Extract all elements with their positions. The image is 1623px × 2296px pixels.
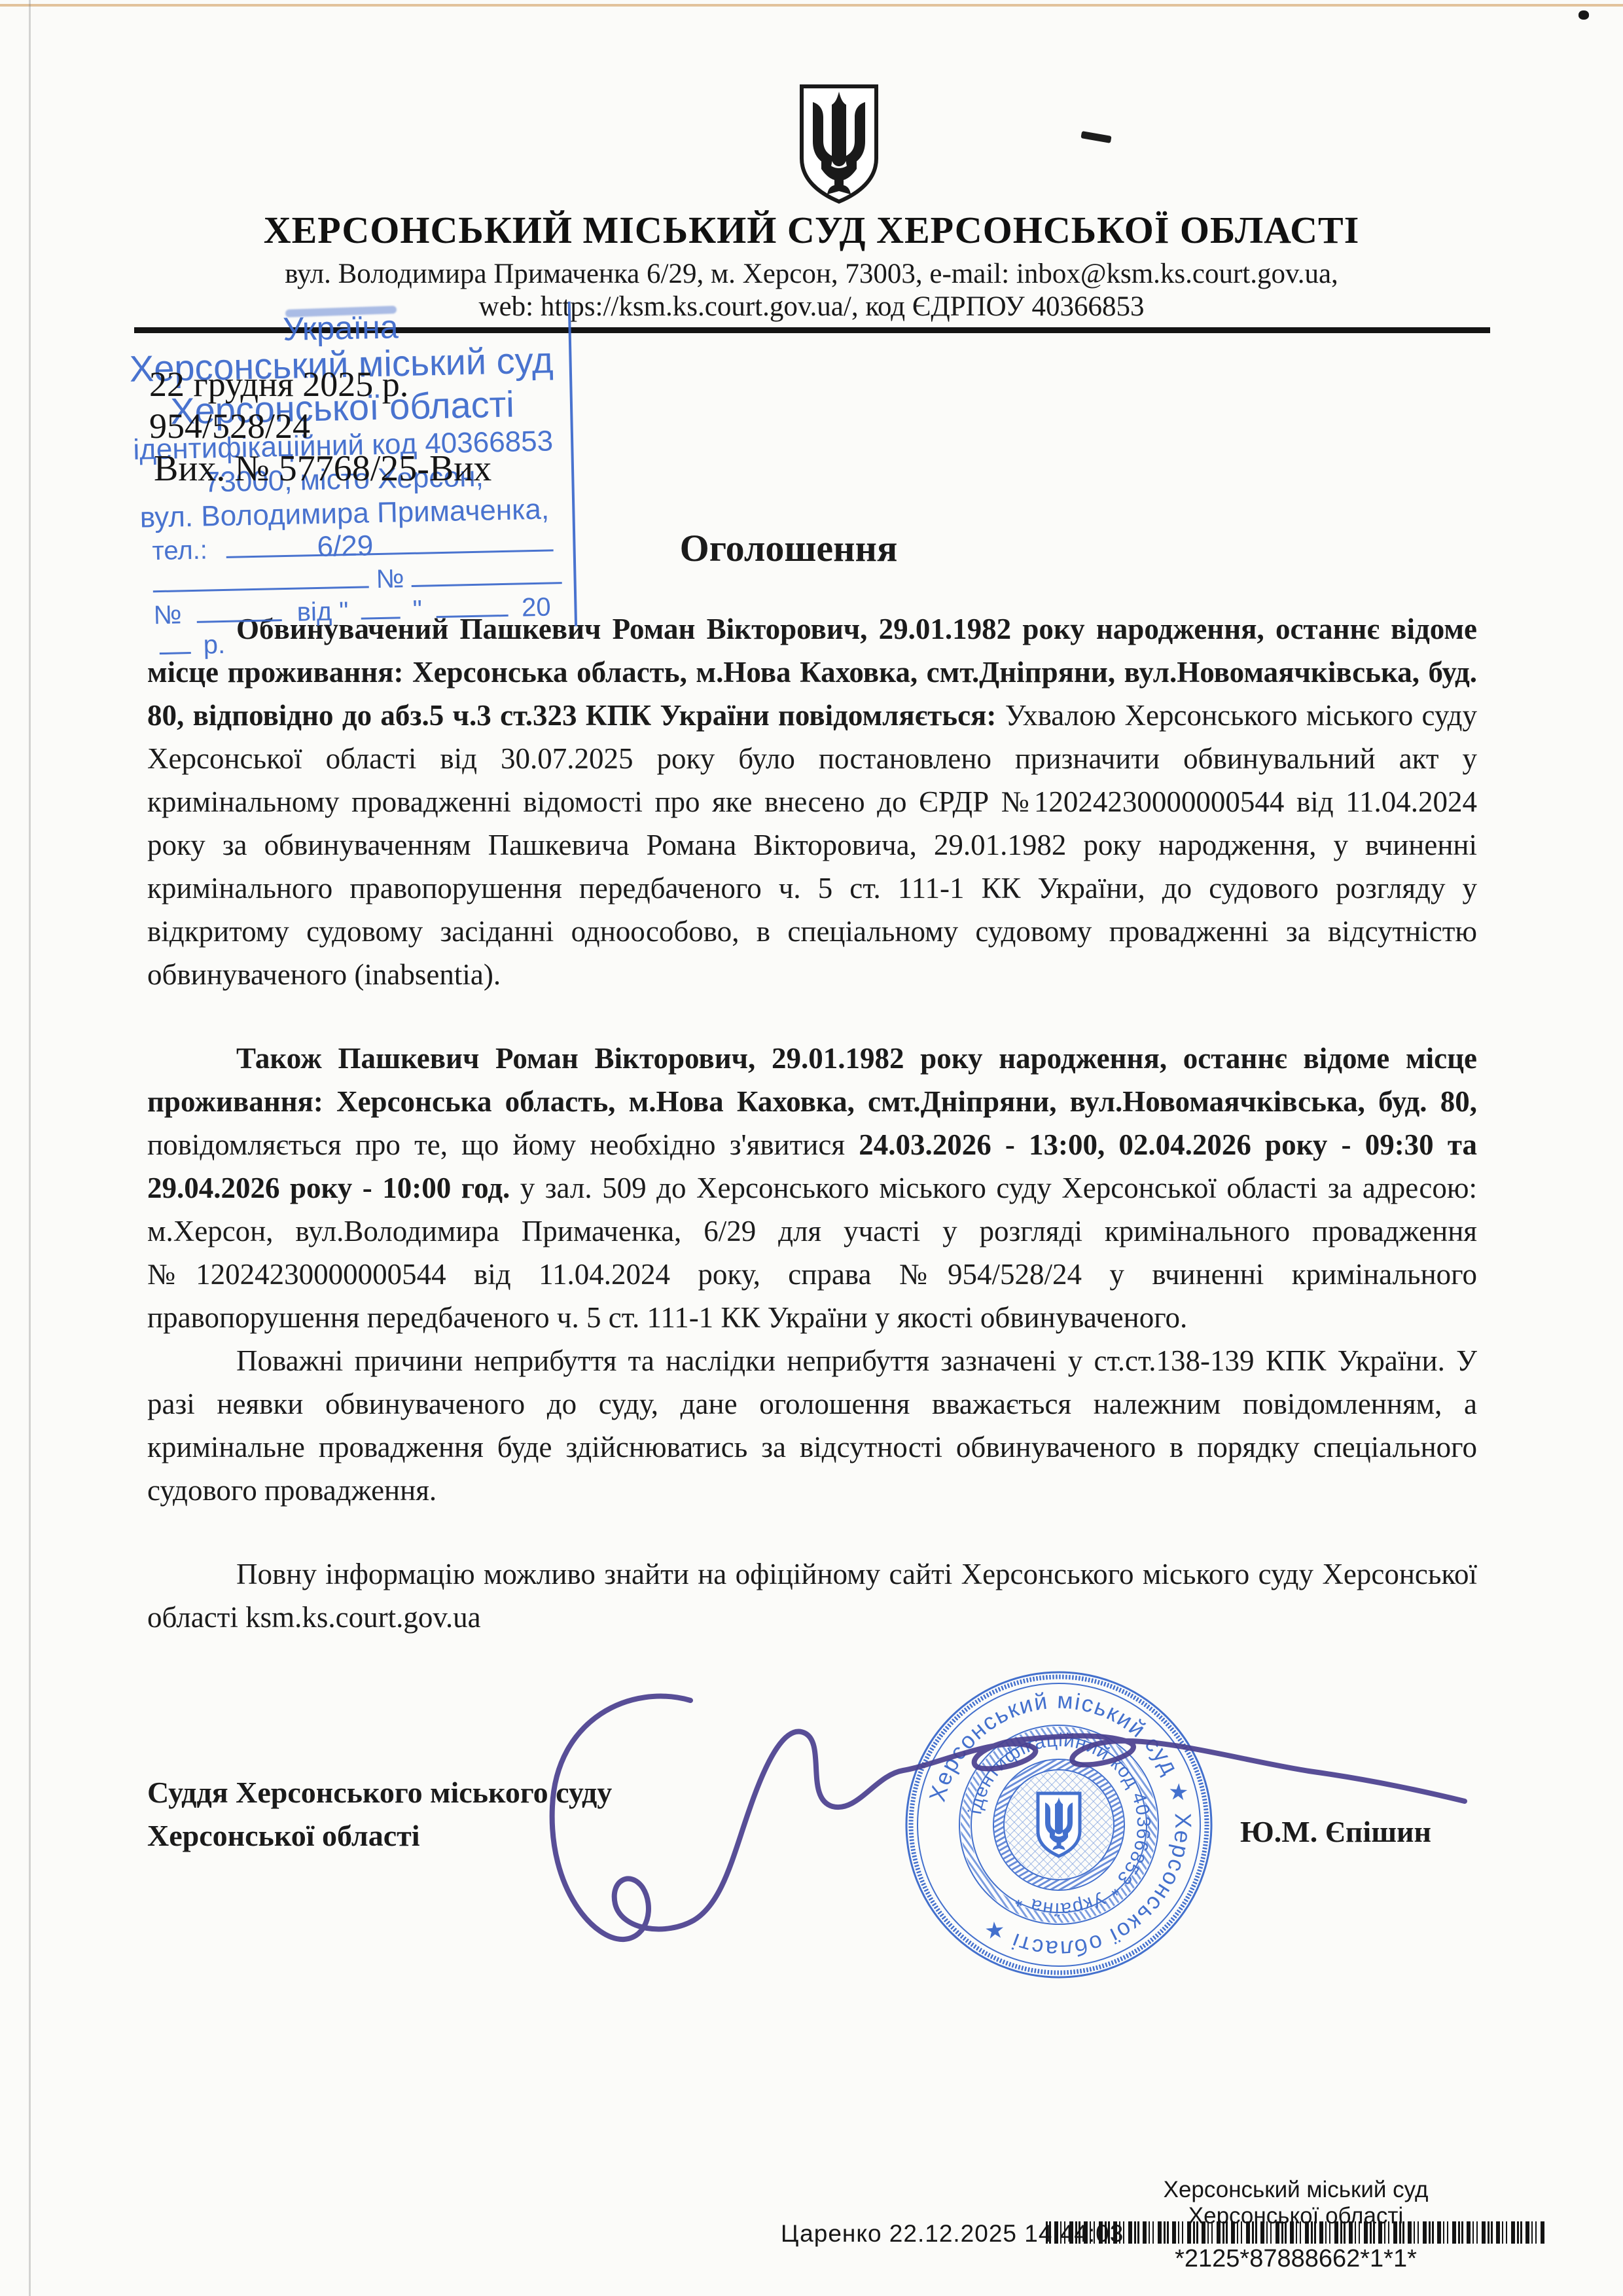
court-name-heading: ХЕРСОНСЬКИЙ МІСЬКИЙ СУД ХЕРСОНСЬКОЇ ОБЛА… (0, 208, 1623, 252)
ukraine-trident-icon (795, 81, 883, 207)
outgoing-date: 22 грудня 2025 р. (149, 364, 408, 404)
paragraph-text-run: Ухвалою Херсонського міського суду Херсо… (147, 699, 1477, 991)
stamp-date-row: № від " " 20 р. (153, 591, 583, 662)
body-paragraph: Поважні причини неприбуття та наслідки н… (147, 1339, 1477, 1512)
scan-edge-artifact-left (29, 0, 31, 2296)
body-paragraph: Обвинувачений Пашкевич Роман Вікторович,… (147, 607, 1477, 996)
outgoing-ref-number: Вих. № 57768/25-Вих (154, 448, 491, 490)
document-body: Обвинувачений Пашкевич Роман Вікторович,… (147, 607, 1477, 1639)
barcode-value: *2125*87888662*1*1* (1047, 2245, 1544, 2273)
footer-court-line1: Херсонський міський суд (1047, 2177, 1544, 2203)
barcode (1046, 2221, 1544, 2244)
stamp-date-r: р. (203, 630, 225, 660)
judge-signature (510, 1662, 1505, 1970)
paragraph-bold-run: Також Пашкевич Роман Вікторович, 29.01.1… (147, 1042, 1477, 1118)
stamp-date-year: 20 (522, 593, 551, 622)
scan-edge-artifact-top (0, 4, 1623, 7)
body-paragraph: Повну інформацію можливо знайти на офіці… (147, 1552, 1477, 1639)
stamp-date-quote: " (412, 596, 422, 624)
court-address-line: вул. Володимира Примаченка 6/29, м. Херс… (0, 258, 1623, 290)
stamp-date-vid: від " (296, 597, 349, 627)
stamp-blank-line (361, 594, 401, 619)
paragraph-text-run: повідомляється про те, що йому необхідно… (147, 1128, 859, 1161)
document-title: Оголошення (0, 526, 1577, 570)
ink-spot-artifact (1578, 10, 1589, 20)
paragraph-text-run: Повну інформацію можливо знайти на офіці… (147, 1558, 1477, 1634)
ink-dash-artifact (1080, 131, 1111, 143)
stamp-blank-line (159, 630, 191, 655)
case-number: 954/528/24 (149, 406, 310, 446)
stamp-blank-line (196, 597, 282, 623)
scanned-court-document: ХЕРСОНСЬКИЙ МІСЬКИЙ СУД ХЕРСОНСЬКОЇ ОБЛА… (0, 0, 1623, 2296)
paragraph-text-run: Поважні причини неприбуття та наслідки н… (147, 1344, 1477, 1507)
stamp-date-no: № (153, 600, 182, 630)
stamp-blank-line (436, 592, 508, 618)
body-paragraph: Також Пашкевич Роман Вікторович, 29.01.1… (147, 1037, 1477, 1339)
